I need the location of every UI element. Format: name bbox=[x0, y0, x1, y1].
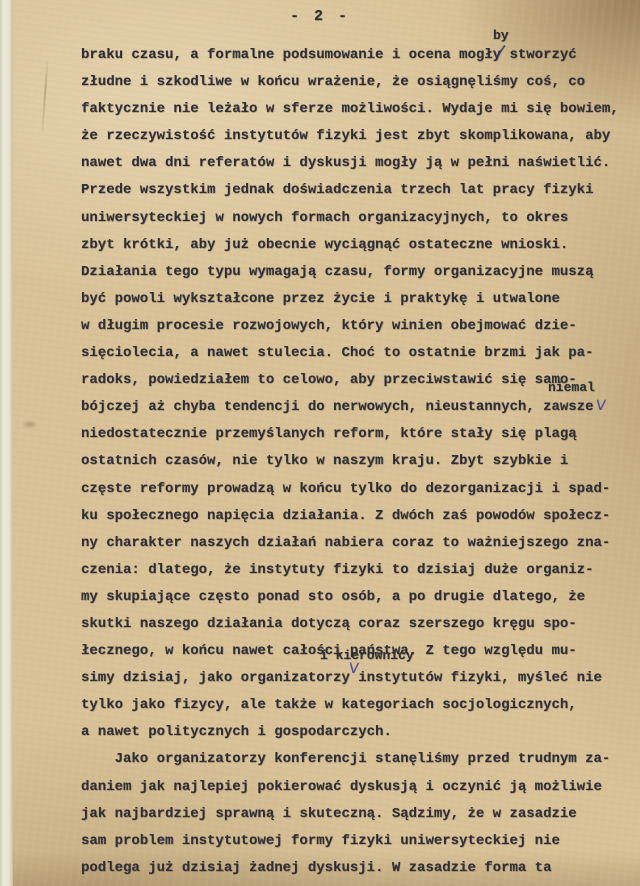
typed-line: sięciolecia, a nawet stulecia. Choć to o… bbox=[81, 340, 637, 367]
proofreader-caret-mark: V bbox=[595, 398, 606, 414]
typed-line: niedostatecznie przemyślanych reform, kt… bbox=[81, 421, 637, 448]
typed-line: czenia: dlatego, że instytuty fizyki to … bbox=[81, 557, 637, 584]
typed-line: bójczej aż chyba tendencji do nerwowych,… bbox=[81, 394, 637, 421]
typed-line: złudne i szkodliwe w końcu wrażenie, że … bbox=[81, 69, 637, 96]
crease-mark bbox=[41, 58, 48, 132]
scan-edge-strip bbox=[0, 0, 13, 886]
smudge-mark bbox=[22, 420, 38, 429]
page-number: - 2 - bbox=[0, 8, 640, 25]
typed-line: nawet dwa dni referatów i dyskusji mogły… bbox=[81, 150, 637, 177]
typed-line: sam problem instytutowej formy fizyki un… bbox=[81, 828, 637, 855]
typed-line: jak najbardziej sprawną i skuteczną. Sąd… bbox=[81, 801, 637, 828]
typed-line: a nawet politycznych i gospodarczych. bbox=[81, 719, 637, 746]
typed-text-block: braku czasu, a formalne podsumowanie i o… bbox=[81, 42, 637, 882]
typed-line: Działania tego typu wymagają czasu, form… bbox=[81, 259, 637, 286]
typed-line: częste reformy prowadzą w końcu tylko do… bbox=[81, 476, 637, 503]
typed-line: że rzeczywistość instytutów fizyki jest … bbox=[81, 123, 637, 150]
typed-line: my skupiające często ponad sto osób, a p… bbox=[81, 584, 637, 611]
typed-line: uniwersyteckiej w nowych formach organiz… bbox=[81, 205, 637, 232]
typed-insertion-niemal: niemal bbox=[548, 380, 595, 395]
document-page: - 2 - braku czasu, a formalne podsumowan… bbox=[0, 0, 640, 886]
typed-line: skutki naszego działania dotyczą coraz s… bbox=[81, 611, 637, 638]
typed-line: Przede wszystkim jednak doświadczenia tr… bbox=[81, 177, 637, 204]
typed-line: być powoli wykształcone przez życie i pr… bbox=[81, 286, 637, 313]
typed-insertion-by: by bbox=[493, 28, 509, 43]
typed-line: daniem jak najlepiej pokierować dyskusją… bbox=[81, 774, 637, 801]
typed-insertion-kierownicy: i kierownicy bbox=[320, 648, 414, 663]
typed-line: zbyt krótki, aby już obecnie wyciągnąć o… bbox=[81, 232, 637, 259]
typed-line: tylko jako fizycy, ale także w kategoria… bbox=[81, 692, 637, 719]
typed-line: braku czasu, a formalne podsumowanie i o… bbox=[81, 42, 637, 69]
typed-line: ostatnich czasów, nie tylko w naszym kra… bbox=[81, 448, 637, 475]
typed-line: Jako organizatorzy konferencji stanęliśm… bbox=[81, 746, 637, 773]
typed-line: simy dzisiaj, jako organizatorzy instytu… bbox=[81, 665, 637, 692]
typed-line: faktycznie nie leżało w sferze możliwośc… bbox=[81, 96, 637, 123]
typed-line: ku społecznego napięcia działania. Z dwó… bbox=[81, 503, 637, 530]
proofreader-caret-mark: V bbox=[348, 661, 359, 677]
typed-line: ny charakter naszych działań nabiera cor… bbox=[81, 530, 637, 557]
typed-line: podlega już dzisiaj żadnej dyskusji. W z… bbox=[81, 855, 637, 882]
typed-line: w długim procesie rozwojowych, który win… bbox=[81, 313, 637, 340]
